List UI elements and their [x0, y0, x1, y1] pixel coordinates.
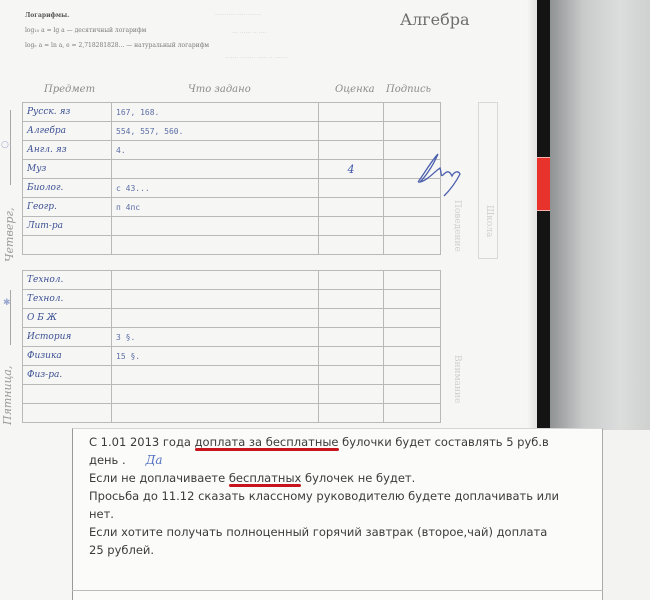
grade-cell [319, 404, 384, 423]
grade-cell [319, 347, 384, 366]
subject-cell: Геогр. [23, 198, 112, 217]
table-row: О Б Ж [23, 309, 441, 328]
day-label-friday: Пятница, [1, 366, 14, 425]
subject-cell: Технол. [23, 271, 112, 290]
column-header-signature: Подпись [386, 84, 431, 95]
table-row: Русск. яз167, 168. [23, 103, 441, 122]
table-row: Геогр.п 4пс [23, 198, 441, 217]
homework-table-thursday: Русск. яз167, 168.Алгебра554, 557, 560.А… [22, 102, 441, 255]
task-cell [112, 309, 319, 328]
subject-cell: Лит-ра [23, 217, 112, 236]
notice-line: 25 рублей. [89, 541, 592, 559]
grade-cell [319, 179, 384, 198]
subject-cell [23, 236, 112, 255]
grade-cell [319, 271, 384, 290]
reference-line-2: logₑ a = ln a, e = 2,718281828... — нату… [25, 42, 209, 49]
handwritten-answer: Да [146, 453, 163, 467]
grade-cell [319, 141, 384, 160]
subject-cell: Англ. яз [23, 141, 112, 160]
subject-cell: История [23, 328, 112, 347]
signature-cell [384, 217, 441, 236]
doodle: ○ [1, 140, 9, 150]
table-row: Англ. яз4. [23, 141, 441, 160]
signature-cell [384, 290, 441, 309]
task-cell: 3 §. [112, 328, 319, 347]
subject-cell [23, 385, 112, 404]
grade-cell [319, 366, 384, 385]
task-cell [112, 160, 319, 179]
column-header-grade: Оценка [335, 84, 375, 95]
bleed-through-text: ··· ······ ·· ···· [232, 30, 266, 37]
subject-cell: Технол. [23, 290, 112, 309]
signature-cell [384, 328, 441, 347]
page-edge [527, 0, 537, 430]
grade-cell [319, 309, 384, 328]
grade-cell: 4 [319, 160, 384, 179]
table-row: Муз4 [23, 160, 441, 179]
reference-line-1: log₁₀ a = lg a — десятичный логарифм [25, 27, 146, 34]
school-notice: С 1.01 2013 года доплата за бесплатные б… [72, 428, 603, 600]
reference-heading: Логарифмы. [25, 12, 69, 19]
table-row: Физ-ра. [23, 366, 441, 385]
notice-text: С 1.01 2013 года [89, 435, 195, 449]
signature-cell [384, 366, 441, 385]
column-header-subject: Предмет [44, 84, 95, 95]
grade-cell [319, 198, 384, 217]
red-underlined-text: доплата за бесплатные [195, 435, 339, 449]
notice-text: день . [89, 453, 126, 467]
signature-cell [384, 236, 441, 255]
side-label-school: Школа [484, 205, 494, 237]
notice-line: нет. [89, 505, 592, 523]
notice-line: С 1.01 2013 года доплата за бесплатные б… [89, 433, 592, 451]
task-cell [112, 404, 319, 423]
grade-cell [319, 385, 384, 404]
table-row [23, 385, 441, 404]
table-row [23, 404, 441, 423]
signature-cell [384, 198, 441, 217]
grade-cell [319, 217, 384, 236]
signature-cell [384, 103, 441, 122]
notice-text: Если не доплачиваете [89, 471, 229, 485]
diary-spine [537, 0, 550, 430]
doodle-star: ✱ [3, 298, 11, 308]
task-cell [112, 385, 319, 404]
signature-cell [384, 404, 441, 423]
notice-bottom-edge [72, 590, 603, 591]
task-cell: с 43... [112, 179, 319, 198]
homework-table-friday: Технол.Технол.О Б ЖИстория3 §.Физика15 §… [22, 270, 441, 423]
subject-title: Алгебра [400, 10, 470, 29]
table-row: Алгебра554, 557, 560. [23, 122, 441, 141]
subject-cell [23, 404, 112, 423]
red-underlined-text: бесплатных [229, 471, 302, 485]
table-row: Биолог.с 43... [23, 179, 441, 198]
grade-cell [319, 236, 384, 255]
task-cell [112, 366, 319, 385]
task-cell [112, 271, 319, 290]
grade-cell [319, 290, 384, 309]
day-label-thursday: Четверг, [3, 208, 16, 262]
task-cell [112, 236, 319, 255]
table-row: История3 §. [23, 328, 441, 347]
grade-cell [319, 328, 384, 347]
teacher-signature [410, 150, 470, 200]
column-header-task: Что задано [188, 84, 251, 95]
table-row: Технол. [23, 271, 441, 290]
signature-cell [384, 385, 441, 404]
task-cell: 554, 557, 560. [112, 122, 319, 141]
side-label-attention: Внимание [452, 355, 462, 403]
notice-line: Если хотите получать полноценный горячий… [89, 523, 592, 541]
notice-line: день .Да [89, 451, 592, 469]
bleed-through-text: ······· ········ ····· ·· ······· [225, 55, 288, 62]
background-surface [548, 0, 650, 430]
task-cell [112, 290, 319, 309]
table-row [23, 236, 441, 255]
table-row: Физика15 §. [23, 347, 441, 366]
day-rule [10, 110, 11, 185]
task-cell: п 4пс [112, 198, 319, 217]
side-label-behavior: Поведение [452, 200, 462, 252]
grade-cell [319, 103, 384, 122]
subject-cell: Муз [23, 160, 112, 179]
subject-cell: Физ-ра. [23, 366, 112, 385]
notice-line: Просьба до 11.12 сказать классному руков… [89, 487, 592, 505]
subject-cell: Алгебра [23, 122, 112, 141]
notice-line: Если не доплачиваете бесплатных булочек … [89, 469, 592, 487]
subject-cell: Русск. яз [23, 103, 112, 122]
task-cell: 4. [112, 141, 319, 160]
table-row: Лит-ра [23, 217, 441, 236]
bleed-through-text: ··········· ············ [215, 12, 261, 19]
subject-cell: Биолог. [23, 179, 112, 198]
signature-cell [384, 122, 441, 141]
subject-cell: Физика [23, 347, 112, 366]
task-cell: 15 §. [112, 347, 319, 366]
signature-cell [384, 309, 441, 328]
signature-cell [384, 271, 441, 290]
subject-cell: О Б Ж [23, 309, 112, 328]
signature-cell [384, 347, 441, 366]
task-cell [112, 217, 319, 236]
task-cell: 167, 168. [112, 103, 319, 122]
notice-text: булочек не будет. [301, 471, 415, 485]
red-bookmark-tab [537, 157, 550, 211]
table-row: Технол. [23, 290, 441, 309]
grade-cell [319, 122, 384, 141]
notice-text: булочки будет составлять 5 руб.в [339, 435, 549, 449]
